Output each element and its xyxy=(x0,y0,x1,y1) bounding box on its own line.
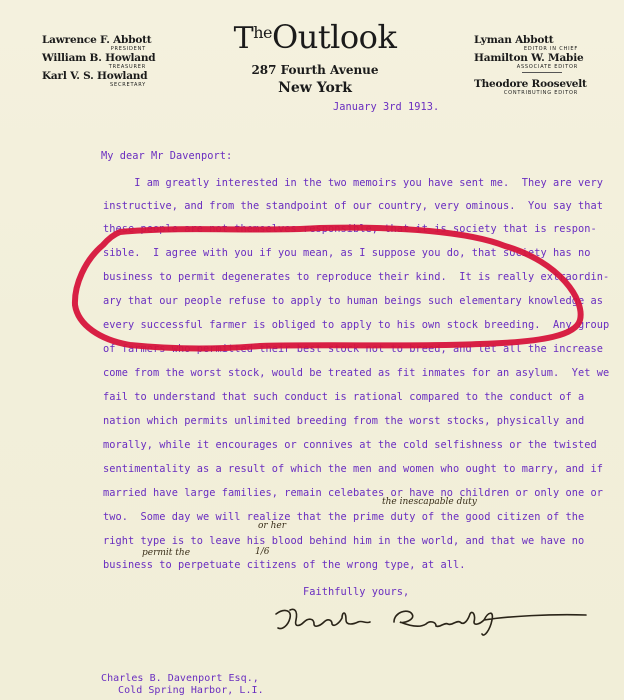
letter-page: Lawrence F. Abbott PRESIDENT William B. … xyxy=(0,0,624,700)
letterhead-right-editors: Lyman Abbott EDITOR IN CHIEF Hamilton W.… xyxy=(474,34,587,96)
body-line: nation which permits unlimited breeding … xyxy=(103,415,584,427)
editor: Theodore Roosevelt CONTRIBUTING EDITOR xyxy=(474,78,587,96)
body-line: come from the worst stock, would be trea… xyxy=(103,367,609,379)
body-line: morally, while it encourages or connives… xyxy=(103,439,597,451)
handwritten-edit: 1/6 xyxy=(255,547,269,557)
editor-name: Hamilton W. Mabie xyxy=(474,52,587,64)
title-he: he xyxy=(253,23,272,42)
body-line: sentimentality as a result of which the … xyxy=(103,463,603,475)
officer: Lawrence F. Abbott PRESIDENT xyxy=(42,34,155,52)
body-line: married have large families, remain cele… xyxy=(103,487,603,499)
body-line: I am greatly interested in the two memoi… xyxy=(103,177,603,189)
editor: Hamilton W. Mabie ASSOCIATE EDITOR xyxy=(474,52,587,70)
officer-name: Lawrence F. Abbott xyxy=(42,34,155,46)
body-line: ary that our people refuse to apply to h… xyxy=(103,295,603,307)
publication-title: TheOutlook xyxy=(220,14,410,58)
title-the: T xyxy=(234,21,254,56)
publication-address: 287 Fourth Avenue xyxy=(220,62,410,78)
letter-date: January 3rd 1913. xyxy=(333,101,439,113)
body-line: these people are not themselves responsi… xyxy=(103,223,597,235)
editor: Lyman Abbott EDITOR IN CHIEF xyxy=(474,34,587,52)
body-line: instructive, and from the standpoint of … xyxy=(103,200,603,212)
closing: Faithfully yours, xyxy=(303,586,409,598)
body-line: fail to understand that such conduct is … xyxy=(103,391,584,403)
salutation: My dear Mr Davenport: xyxy=(101,150,232,162)
handwritten-edit: permit the xyxy=(142,548,190,558)
body-line: sible. I agree with you if you mean, as … xyxy=(103,247,590,259)
officer-role: SECRETARY xyxy=(42,82,146,88)
publication-city: New York xyxy=(220,78,410,98)
letterhead-left-officers: Lawrence F. Abbott PRESIDENT William B. … xyxy=(42,34,155,88)
signature-icon xyxy=(270,600,590,640)
recipient-name: Charles B. Davenport Esq., xyxy=(101,673,259,684)
officer: Karl V. S. Howland SECRETARY xyxy=(42,70,155,88)
handwritten-edit: the inescapable duty xyxy=(382,497,477,507)
body-line: two. Some day we will realize that the p… xyxy=(103,511,584,523)
editor-role: ASSOCIATE EDITOR xyxy=(474,64,578,70)
body-line: of farmers who permitted their best stoc… xyxy=(103,343,603,355)
body-line: business to permit degenerates to reprod… xyxy=(103,271,609,283)
officer-name: William B. Howland xyxy=(42,52,155,64)
masthead: TheOutlook 287 Fourth Avenue New York xyxy=(220,14,410,98)
body-line: right type is to leave his blood behind … xyxy=(103,535,584,547)
recipient-address: Cold Spring Harbor, L.I. xyxy=(118,685,264,696)
officer: William B. Howland TREASURER xyxy=(42,52,155,70)
body-line: every successful farmer is obliged to ap… xyxy=(103,319,609,331)
title-main: Outlook xyxy=(272,18,396,56)
editor-role: CONTRIBUTING EDITOR xyxy=(474,90,578,96)
editor-name: Lyman Abbott xyxy=(474,34,587,46)
divider xyxy=(522,72,562,73)
body-line: business to perpetuate citizens of the w… xyxy=(103,559,465,571)
handwritten-edit: or her xyxy=(258,521,286,531)
officer-name: Karl V. S. Howland xyxy=(42,70,155,82)
editor-name: Theodore Roosevelt xyxy=(474,78,587,90)
